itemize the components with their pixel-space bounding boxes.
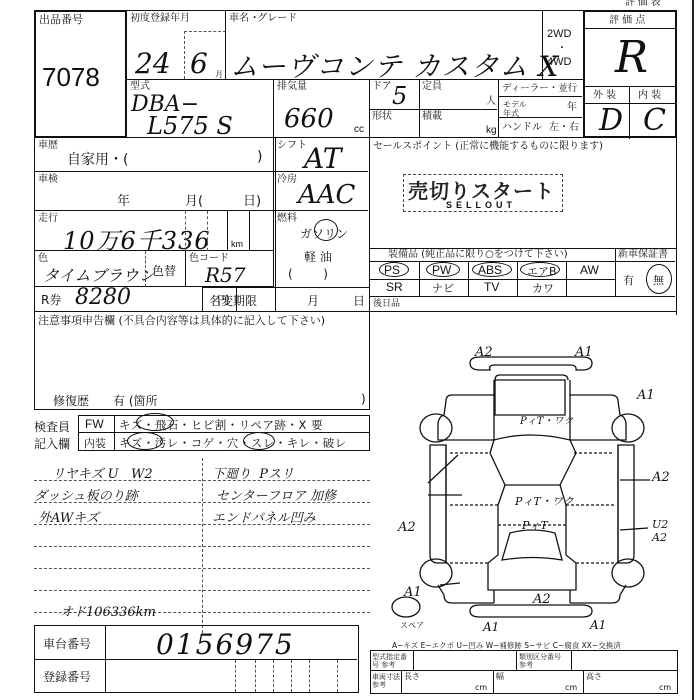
divider [566,262,567,296]
aircon-label: 冷房 [277,174,297,185]
interior-label: 内装 [84,435,106,451]
shape-label: 形状 [372,111,392,122]
displacement-label: 排気量 [277,81,307,92]
mark-rear-bumper-right: A1 [590,618,606,632]
divider [114,416,115,450]
spare-label: スペア [400,621,424,630]
grade-row: 外 装 内 装 D C [585,86,675,138]
car-name-label: 車名 ･グレード [229,13,297,24]
drive-box: 2WD ・ 4WD [542,10,584,80]
fw-mark-circle [136,413,174,431]
length-label: 長さ [404,672,420,681]
history-row: 車歴 自家用・( ) [35,138,274,172]
equip-tv: TV [484,280,499,294]
mark-hood: PィT・ワク [520,412,573,427]
dealer-cell: ディーラー・並行 [499,80,582,97]
sales-point-box: セールスポイント (正常に機能するものに限ります) 売切りスタート SELLOU… [369,137,677,249]
divider [583,671,584,693]
shift-label: シフト [277,140,307,151]
divider [235,660,236,692]
dimension-row: 車両寸法 参考 長さ cm 幅 cm 高さ cm [371,671,677,693]
exterior-grade: D [599,103,623,138]
divider [291,660,292,692]
right-empty-area [369,311,677,315]
shape-cell: 形状 [370,110,420,137]
recycle-amount: 8280 [75,285,131,310]
drive-4wd: 4WD [547,57,571,68]
divider [227,211,228,251]
note-line [34,546,370,547]
fuel-selected-circle [314,219,338,241]
note-right-3: エンドパネル凹み [212,507,316,526]
fuel-label: 燃料 [277,213,297,224]
inspection-day: 日) [243,190,261,209]
mileage-row: 走行 10万6千336 km [35,211,274,251]
dealer-box: ディーラー・並行 モデル年式 年 ハンドル 左・右 [498,79,584,138]
interior-grade: C [643,103,666,138]
model-year-unit: 年 [567,102,577,113]
capacity-cell: 定員 人 [420,80,497,110]
repair-close: ) [361,392,366,406]
divider [468,262,469,296]
score-value: R [615,32,648,83]
color-code: R57 [205,263,246,287]
equip-pw-circle [426,262,460,277]
name-change-month: 月 [307,292,319,309]
width-unit: cm [565,683,577,692]
dealer-label: ディーラー・並行 [502,83,577,94]
interior-scratch-circle [127,432,163,450]
load-cell: 積載 kg [420,110,497,137]
car-damage-diagram [370,335,680,620]
history-label: 車歴 [38,140,58,151]
history-close: ) [257,149,262,165]
height-label: 高さ [586,672,602,681]
note-line [34,590,370,591]
model-year-label: モデル年式 [503,100,533,118]
repair-history-value: 有 (箇所 [113,392,158,409]
score-box: 評 価 点 R 外 装 内 装 D C [583,10,677,138]
handwritten-notes-area: リヤキズ U W2 ダッシュ板のり跡 外AWキズ オド106336km 下廻り … [34,458,370,633]
warranty-header: 新車保証書 [616,249,675,262]
load-unit: kg [486,125,497,136]
mark-rear-roof: PィT [522,517,548,533]
aircon-cell: 冷房 AAC [274,172,368,211]
divider [413,651,414,671]
mark-left-door: A2 [398,520,416,535]
divider [309,660,310,692]
equip-sr: SR [386,280,403,294]
inspection-label: 車検 [38,174,58,185]
mileage-label: 走行 [38,213,58,224]
interior-label: 内 装 [638,90,661,101]
interior-rub-circle [243,432,275,450]
equip-navi: ナビ [432,280,454,296]
divider [419,262,420,296]
name-change-box: 名変期限 月 日 [202,287,370,312]
name-change-day: 日 [353,292,365,309]
handle-label: ハンドル [502,122,542,133]
recycle-label: R券 [41,291,61,308]
damage-legend: A−キズ E−エクボ U−凹み W−補修跡 S−サビ C−腐食 XX−交換済 [392,641,621,650]
note-left-3: 外AWキズ [38,507,99,526]
divider [184,31,185,79]
color-row: 色 タイムブラウン 色替 色コード R57 [35,251,274,287]
mark-right-front-door: A2 [652,470,670,485]
later-items-row: 後日品 [370,296,675,311]
interior-label-cell: 内 装 [630,87,675,104]
shift: AT [304,142,341,175]
divider [184,31,226,32]
mark-spare: A1 [404,585,422,600]
mileage-unit: km [231,239,243,250]
warranty-label: 新車保証書 [618,249,668,260]
equip-ps-circle [379,262,409,277]
inspector-label-1: 検査員 [34,418,70,435]
drive-dot: ・ [557,43,567,54]
car-name-box: 車名 ･グレード ムーヴコンテ カスタム X [225,10,543,80]
repair-history-label: 修復歴 [53,392,89,409]
history-box: 車歴 自家用・( ) 車検 年 月( 日) 走行 10万6千336 km 色 タ… [34,137,276,312]
mark-front-right-fender: A1 [637,388,655,403]
equip-airbag-circle [520,262,560,277]
equip-leather: カワ [532,280,554,296]
history-value: 自家用・( [67,149,128,169]
model-box: 型式 DBA− L575 S [126,79,274,138]
mark-rear-bumper-left: A1 [483,620,499,634]
registration-label-cell: 登録番号 [35,660,106,692]
sheet-corner-title: 評 価 表 [625,0,661,8]
inspection-year: 年 [117,190,130,209]
equipment-box: 装備品 (純正品に限り○をつけて下さい) 新車保証書 PS PW ABS エアB… [369,248,677,312]
shift-cell: シフト AT [274,138,368,172]
load-label: 積載 [422,111,442,122]
note-line [34,568,370,569]
displacement-box: 排気量 660 cc [273,79,370,138]
handle-cell: ハンドル 左・右 [499,118,582,137]
drive-2wd: 2WD [547,29,571,40]
inspection-month: 月( [185,190,203,209]
type-row: 型式指定番号 参考 類別区分番号 参考 [371,651,677,671]
divider [337,660,338,692]
door-capacity-box: ドア 5 定員 人 形状 積載 kg [369,79,499,138]
footer-table: 型式指定番号 参考 類別区分番号 参考 車両寸法 参考 長さ cm 幅 cm 高… [370,650,678,694]
divider [517,262,518,296]
chassis-number: 0156975 [156,628,295,661]
lot-number-label: 出品番号 [39,14,83,25]
note-right-1: 下廻り Pスリ [212,463,294,482]
chassis-box: 車台番号 0156975 登録番号 [34,625,359,693]
height-unit: cm [659,683,671,692]
capacity-label: 定員 [422,81,442,92]
category-label: 類別区分番号 参考 [519,653,569,669]
divider [493,671,494,693]
score-label-row: 評 価 点 [585,12,675,29]
first-registration-year: 24 [135,47,171,80]
fuel-other: ( ) [288,267,328,281]
equipment-header: 装備品 (純正品に限り○をつけて下さい) [370,249,616,262]
sellout-stamp: 売切りスタート SELLOUT [403,174,563,212]
aircon: AAC [298,180,355,210]
warranty-no-circle [646,264,672,294]
width-label: 幅 [496,672,504,681]
later-items-label: 後日品 [373,299,400,310]
note-left-1: リヤキズ U W2 [52,463,153,482]
shift-fuel-box: シフト AT 冷房 AAC 燃料 ガソリン 軽 油 ( ) [273,137,370,288]
length-unit: cm [475,683,487,692]
lot-number-box: 出品番号 7078 [34,10,127,138]
warranty-cell: 有 無 [616,262,675,296]
fuel-cell: 燃料 ガソリン 軽 油 ( ) [274,211,368,287]
mark-front-bumper-right: A1 [575,345,593,360]
handle-value: 左・右 [549,122,579,133]
note-left-2: ダッシュ板のり跡 [34,485,138,504]
sales-point-label: セールスポイント (正常に機能するものに限ります) [373,141,603,152]
mark-front-bumper-left: A2 [475,345,493,360]
inspection-row: 車検 年 月( 日) [35,172,274,211]
doors-label: ドア [372,81,392,92]
lot-number: 7078 [42,62,100,93]
mark-tailgate: A2 [533,592,551,607]
model-year-cell: モデル年式 年 [499,97,582,118]
fuel-diesel: 軽 油 [304,248,332,265]
divider [401,671,402,693]
note-right-2: センターフロア 加修 [216,485,336,504]
dimensions-label: 車両寸法 参考 [372,673,400,689]
notes-label: 注意事項申告欄 (不具合内容等は具体的に記入して下さい) [38,315,325,326]
first-registration-month: 6 [190,47,208,80]
equip-aw: AW [580,263,599,277]
registration-box: 初度登録年月 24 6 月 [126,10,226,80]
chassis-label-cell: 車台番号 [35,626,106,660]
divider [207,211,208,251]
inspector-table: FW キズ・飛石・ヒビ割・リペア跡・X 要 内装 キズ・汚レ・コゲ・穴・スレ・キ… [78,415,370,451]
mark-right-rear-door: U2 A2 [652,518,672,544]
equipment-grid: PS PW ABS エアB AW SR ナビ TV カワ [370,262,616,296]
fw-label: FW [85,417,104,431]
doors-cell: ドア 5 [370,80,420,110]
registration-number-label: 登録番号 [43,668,91,685]
divider [249,211,250,251]
exterior-label-cell: 外 装 [585,87,630,104]
displacement: 660 [284,104,334,134]
divider [185,251,186,287]
first-registration-label: 初度登録年月 [130,13,190,24]
note-odometer: オド106336km [60,601,156,620]
chassis-value-cell: 0156975 [106,626,357,660]
divider [255,660,256,692]
model-code: L575 S [147,112,233,140]
divider [516,651,517,671]
mark-roof: PィT・ワク [515,493,574,509]
type-designation-label: 型式指定番号 参考 [372,653,412,669]
equipment-label: 装備品 (純正品に限り○をつけて下さい) [388,249,568,260]
divider [145,251,146,287]
displacement-unit: cc [354,124,364,135]
divider [571,651,572,671]
model-label: 型式 [130,81,150,92]
sellout-stamp-sub: SELLOUT [446,200,516,210]
score-label: 評 価 点 [609,15,645,26]
inspector-label-2: 記入欄 [34,435,70,452]
color: タイムブラウン [43,263,155,286]
capacity-unit: 人 [486,96,496,107]
name-change-label: 名変期限 [209,292,257,309]
color-change-label: 色替 [152,262,176,279]
exterior-label: 外 装 [593,90,616,101]
notes-box: 注意事項申告欄 (不具合内容等は具体的に記入して下さい) 修復歴 有 (箇所 ) [34,311,370,410]
divider [273,660,274,692]
warranty-yes: 有 [623,272,634,288]
divider [185,211,186,251]
doors: 5 [392,82,407,110]
equip-abs-circle [472,262,512,277]
sheet-right-edge [692,0,694,700]
chassis-number-label: 車台番号 [43,635,91,652]
